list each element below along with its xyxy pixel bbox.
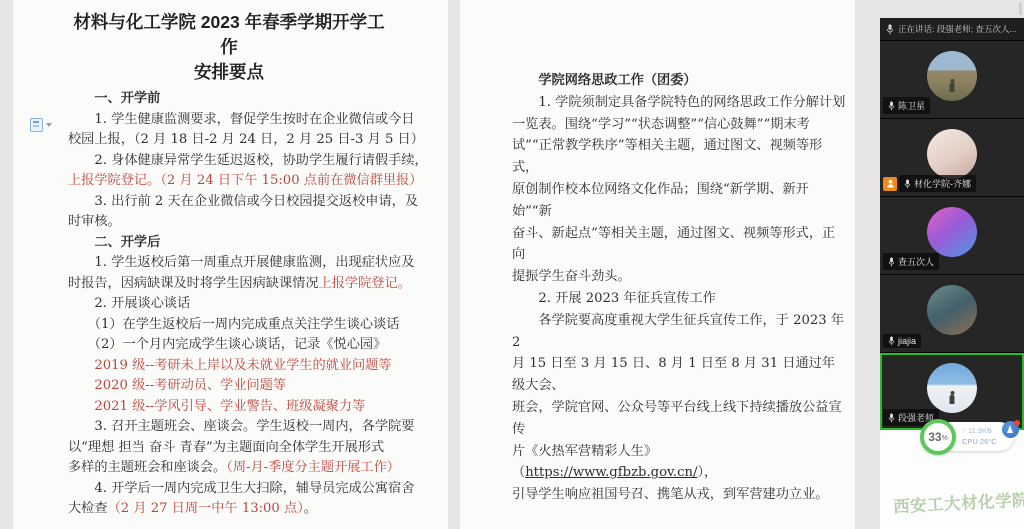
doc-text-segment: 。 <box>304 501 317 516</box>
participant-name-row: 材化学院-齐娜 <box>883 175 976 192</box>
performance-widget[interactable]: 33% ↑ 11.9KB CPU 26°C <box>920 419 1024 459</box>
document-title-line2: 安排要点 <box>68 60 390 85</box>
participant-name-label: jiajia <box>883 334 921 348</box>
boost-rocket-icon[interactable] <box>1002 421 1019 438</box>
doc-text-segment: （2）一个月内完成学生谈心谈话，记录《悦心园》 <box>68 337 386 352</box>
doc-line: （1）在学生返校后一周内完成重点关注学生谈心谈话 <box>68 315 438 336</box>
doc-text-segment: 奋斗、新起点”等相关主题，通过图文、视频等形式，正向 <box>512 226 835 263</box>
doc-line: 以“理想 担当 奋斗 青春”为主题面向全体学生开展形式 <box>68 438 438 459</box>
cpu-temp-text: CPU 26°C <box>962 436 997 447</box>
participant-avatar <box>927 363 977 413</box>
participant-avatar <box>927 51 977 101</box>
doc-text-segment: 提振学生奋斗劲头。 <box>512 269 631 284</box>
doc-text-segment: 1. 学生健康监测要求，督促学生按时在企业微信或今日 <box>68 112 414 127</box>
doc-text-segment: 2019 级--考研未上岸以及未就业学生的就业问题等 <box>68 358 392 373</box>
participant-name-row: 查五次人 <box>883 253 939 270</box>
doc-line: 2. 开展 2023 年征兵宣传工作 <box>512 288 847 310</box>
doc-text-segment: 2021 级--学风引导、学业警告、班级凝聚力等 <box>68 399 365 414</box>
doc-line: 原创制作校本位网络文化作品；围绕“新学期、新开始”“新 <box>512 179 847 223</box>
participant-avatar <box>927 207 977 257</box>
raised-hand-icon <box>883 177 897 191</box>
document-page-right: 学院网络思政工作（团委） 1. 学院须制定具备学院特色的网络思政工作分解计划一览… <box>460 0 855 529</box>
speaking-indicator-text: 正在讲话: 段强老师; 查五次人... <box>898 23 1017 35</box>
participant-name-row: jiajia <box>883 334 921 348</box>
participant-avatar <box>927 129 977 179</box>
speaking-indicator-bar: 正在讲话: 段强老师; 查五次人... <box>880 18 1024 40</box>
participant-name-label: 查五次人 <box>883 253 939 270</box>
doc-text-segment: 2. 开展谈心谈话 <box>68 296 190 311</box>
doc-line: 3. 出行前 2 天在企业微信或今日校园提交返校申请，及 <box>68 192 438 213</box>
scrollbar-thumb[interactable] <box>1019 2 1022 15</box>
doc-text-segment: 上报学院登记。（2 月 24 日下午 15:00 点前在微信群里报） <box>68 173 422 188</box>
paste-options-icon[interactable] <box>30 118 52 132</box>
doc-text-segment: （1）在学生返校后一周内完成重点关注学生谈心谈话 <box>68 317 399 332</box>
doc-text-segment: 以“理想 担当 奋斗 青春”为主题面向全体学生开展形式 <box>68 440 384 455</box>
doc-line: 奋斗、新起点”等相关主题，通过图文、视频等形式，正向 <box>512 223 847 267</box>
doc-line: 2019 级--考研未上岸以及未就业学生的就业问题等 <box>68 356 438 377</box>
doc-line: 各学院要高度重视大学生征兵宣传工作，于 2023 年 2 <box>512 310 847 354</box>
doc-text-segment: 学院网络思政工作（团委） <box>512 73 697 88</box>
doc-line: 4. 开学后一周内完成卫生大扫除，辅导员完成公寓宿舍 <box>68 479 438 500</box>
microphone-icon <box>888 257 895 267</box>
doc-line: 时报告，因病缺课及时将学生因病缺课情况上报学院登记。 <box>68 274 438 295</box>
cpu-usage-ring: 33% <box>920 419 956 455</box>
doc-line: 班会，学院官网、公众号等平台线上线下持续播放公益宣传 <box>512 397 847 441</box>
meeting-panel: 正在讲话: 段强老师; 查五次人... 陈卫星 <box>880 18 1024 430</box>
net-speed-text: ↑ 11.9KB <box>962 425 997 436</box>
percent-sign: % <box>942 435 948 442</box>
doc-line: 校园上报，（2 月 18 日-2 月 24 日，2 月 25 日-3 月 5 日… <box>68 130 438 151</box>
doc-line: 试”“正常教学秩序”等相关主题，通过图文、视频等形式， <box>512 135 847 179</box>
person-silhouette <box>950 395 955 404</box>
doc-line: 2020 级--考研动员、学业问题等 <box>68 376 438 397</box>
doc-line: 上报学院登记。（2 月 24 日下午 15:00 点前在微信群里报） <box>68 171 438 192</box>
doc-line: 引导学生响应祖国号召、携笔从戎，到军营建功立业。 <box>512 484 847 506</box>
doc-line: 学院网络思政工作（团委） <box>512 70 847 92</box>
doc-text-segment: 4. 开学后一周内完成卫生大扫除，辅导员完成公寓宿舍 <box>68 481 414 496</box>
performance-readout: ↑ 11.9KB CPU 26°C <box>962 425 997 447</box>
doc-text-segment: 上报学院登记。 <box>319 276 411 291</box>
doc-text-segment: 各学院要高度重视大学生征兵宣传工作，于 2023 年 2 <box>512 313 848 350</box>
doc-line: 一、开学前 <box>68 89 438 110</box>
participant-name: 查五次人 <box>898 255 934 268</box>
doc-line: 3. 召开主题班会、座谈会。学生返校一周内，各学院要 <box>68 417 438 438</box>
doc-line: 二、开学后 <box>68 233 438 254</box>
participant-name-label: 陈卫星 <box>883 97 930 114</box>
doc-line: 1. 学院须制定具备学院特色的网络思政工作分解计划 <box>512 92 847 114</box>
participant-tile[interactable]: 查五次人 <box>880 197 1024 274</box>
document-page-left: 材料与化工学院 2023 年春季学期开学工作 安排要点 一、开学前 1. 学生健… <box>13 0 448 529</box>
participant-tile[interactable]: 陈卫星 <box>880 41 1024 118</box>
participant-tile[interactable]: 材化学院-齐娜 <box>880 119 1024 196</box>
participant-tiles: 陈卫星 材化学院-齐娜 <box>880 40 1024 430</box>
doc-text-segment: 1. 学院须制定具备学院特色的网络思政工作分解计划 <box>512 95 845 110</box>
doc-line: 1. 学生返校后第一周重点开展健康监测，出现症状应及 <box>68 253 438 274</box>
doc-text-segment: 1. 学生返校后第一周重点开展健康监测，出现症状应及 <box>68 255 414 270</box>
doc-link-text: https://www.gfbzb.gov.cn/ <box>525 465 697 480</box>
doc-text-segment: 时审核。 <box>68 214 121 229</box>
doc-text-segment: 班会，学院官网、公众号等平台线上线下持续播放公益宣传 <box>512 400 842 437</box>
doc-line: 2. 身体健康异常学生延迟返校，协助学生履行请假手续， <box>68 151 438 172</box>
doc-text-segment: 一、开学前 <box>68 91 160 106</box>
doc-text-segment: 多样的主题班会和座谈会。 <box>68 460 226 475</box>
doc-text-segment: 原创制作校本位网络文化作品；围绕“新学期、新开始”“新 <box>512 182 809 219</box>
doc-line: 片《火热军营精彩人生》（https://www.gfbzb.gov.cn/）， <box>512 441 847 485</box>
doc-line: 1. 学生健康监测要求，督促学生按时在企业微信或今日 <box>68 110 438 131</box>
microphone-icon <box>886 24 894 35</box>
participant-name: 材化学院-齐娜 <box>914 177 971 190</box>
microphone-icon <box>888 413 895 423</box>
doc-line: 大检查（2 月 27 日周一中午 13:00 点）。 <box>68 499 438 520</box>
chevron-down-icon <box>46 123 52 127</box>
doc-text-segment: 月 15 日至 3 月 15 日、8 月 1 日至 8 月 31 日通过年级大会… <box>512 356 835 393</box>
doc-line: 时审核。 <box>68 212 438 233</box>
doc-text-segment: 2. 开展 2023 年征兵宣传工作 <box>512 291 716 306</box>
participant-name-row: 陈卫星 <box>883 97 930 114</box>
microphone-icon <box>904 179 911 189</box>
left-page-lines: 一、开学前 1. 学生健康监测要求，督促学生按时在企业微信或今日校园上报，（2 … <box>68 89 438 520</box>
cpu-usage-percent: 33 <box>928 430 941 444</box>
document-title: 材料与化工学院 2023 年春季学期开学工作 安排要点 <box>68 10 438 85</box>
participant-name-label: 材化学院-齐娜 <box>899 175 976 192</box>
doc-text-segment: （2 月 27 日周一中午 13:00 点） <box>108 501 304 516</box>
doc-text-segment: 3. 出行前 2 天在企业微信或今日校园提交返校申请，及 <box>68 194 418 209</box>
participant-tile[interactable]: jiajia <box>880 275 1024 352</box>
doc-text-segment: 一览表。围绕“学习”“状态调整”“信心鼓舞”“期末考 <box>512 117 810 132</box>
doc-text-segment: （周-月-季度分主题开展工作） <box>226 460 400 475</box>
doc-line: 2. 开展谈心谈话 <box>68 294 438 315</box>
doc-line: 多样的主题班会和座谈会。（周-月-季度分主题开展工作） <box>68 458 438 479</box>
doc-text-segment: 引导学生响应祖国号召、携笔从戎，到军营建功立业。 <box>512 487 829 502</box>
doc-line: 月 15 日至 3 月 15 日、8 月 1 日至 8 月 31 日通过年级大会… <box>512 353 847 397</box>
doc-text-segment: 大检查 <box>68 501 108 516</box>
right-page-lines: 学院网络思政工作（团委） 1. 学院须制定具备学院特色的网络思政工作分解计划一览… <box>512 70 847 506</box>
doc-line: （2）一个月内完成学生谈心谈话，记录《悦心园》 <box>68 335 438 356</box>
doc-line: 2021 级--学风引导、学业警告、班级凝聚力等 <box>68 397 438 418</box>
doc-text-segment: 二、开学后 <box>68 235 160 250</box>
participant-name: jiajia <box>898 336 916 346</box>
participant-name: 陈卫星 <box>898 99 925 112</box>
doc-line: 提振学生奋斗劲头。 <box>512 266 847 288</box>
doc-text-segment: ）， <box>697 465 717 480</box>
clipboard-icon <box>30 118 43 132</box>
document-title-line1: 材料与化工学院 2023 年春季学期开学工作 <box>68 10 390 60</box>
doc-text-segment: 试”“正常教学秩序”等相关主题，通过图文、视频等形式， <box>512 138 822 175</box>
doc-text-segment: 校园上报，（2 月 18 日-2 月 24 日，2 月 25 日-3 月 5 日… <box>68 132 424 147</box>
participant-avatar <box>927 285 977 335</box>
doc-text-segment: 2020 级--考研动员、学业问题等 <box>68 378 286 393</box>
microphone-icon <box>888 101 895 111</box>
microphone-icon <box>888 336 895 346</box>
doc-text-segment: 3. 召开主题班会、座谈会。学生返校一周内，各学院要 <box>68 419 414 434</box>
doc-text-segment: 时报告，因病缺课及时将学生因病缺课情况 <box>68 276 319 291</box>
doc-line: 一览表。围绕“学习”“状态调整”“信心鼓舞”“期末考 <box>512 114 847 136</box>
person-silhouette <box>950 83 955 92</box>
doc-text-segment: 2. 身体健康异常学生延迟返校，协助学生履行请假手续， <box>68 153 428 168</box>
